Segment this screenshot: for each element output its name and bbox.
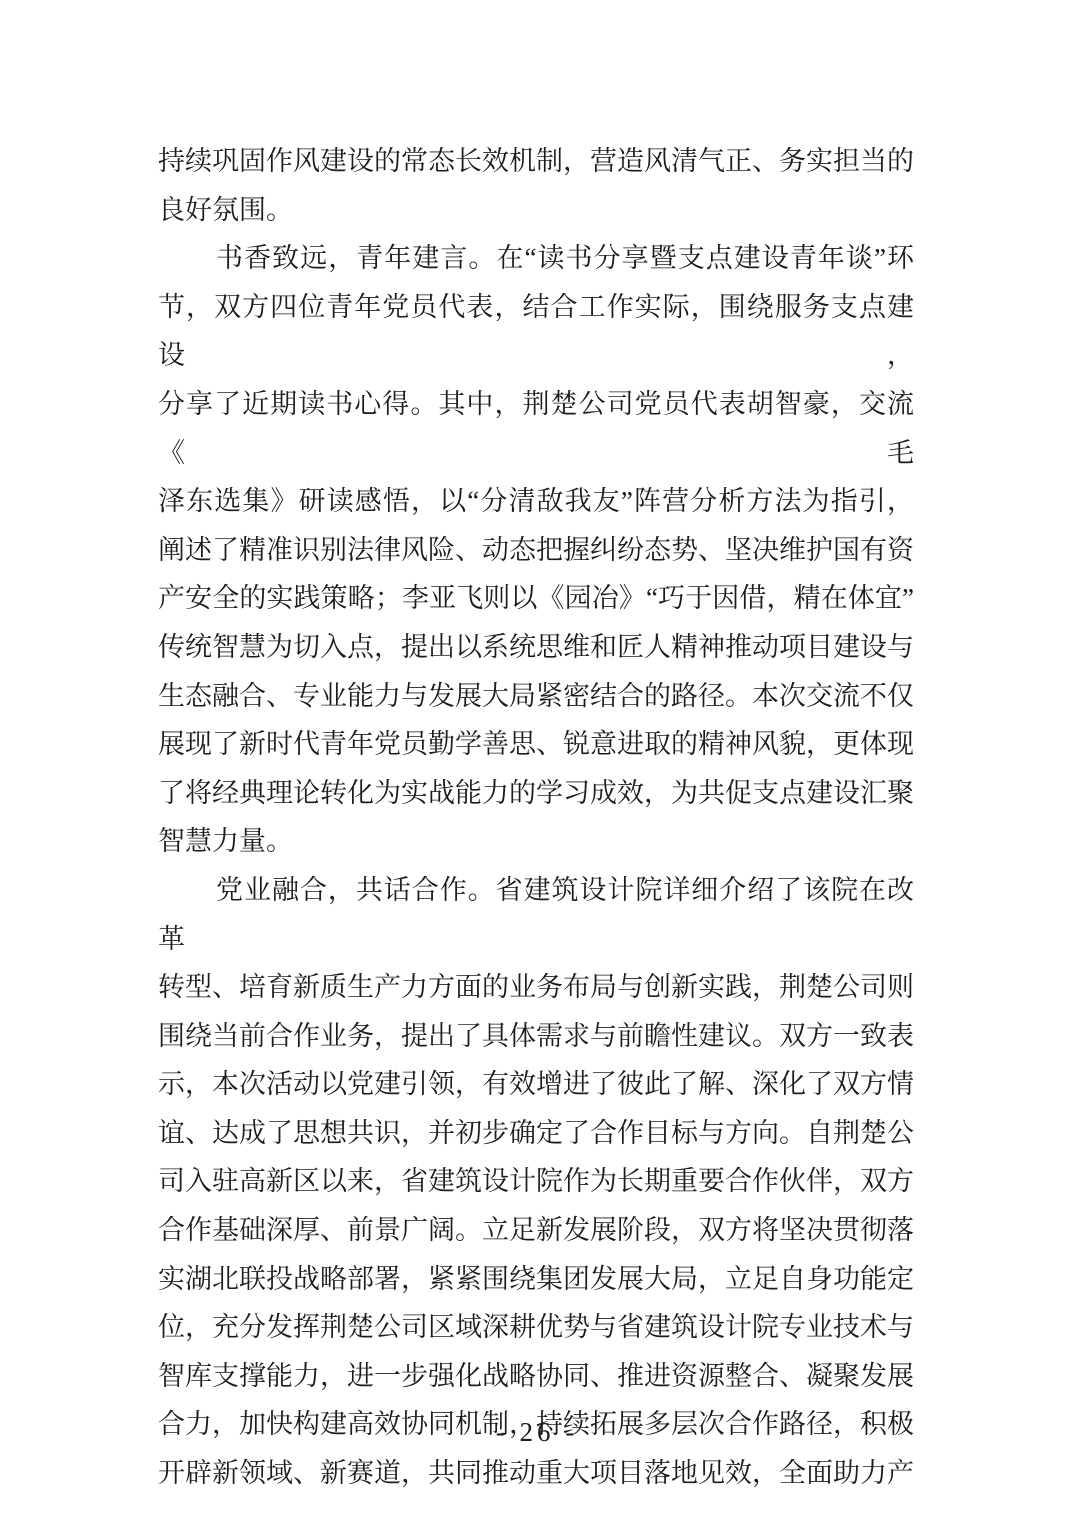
text-line: 书香致远，青年建言。在“读书分享暨支点建设青年谈”环 [158, 234, 914, 283]
text-line: 节，双方四位青年党员代表，结合工作实际，围绕服务支点建设， [158, 283, 914, 380]
text-line: 产安全的实践策略；李亚飞则以《园冶》“巧于因借，精在体宜” [158, 574, 914, 623]
text-line: 持续巩固作风建设的常态长效机制，营造风清气正、务实担当的 [158, 137, 914, 186]
text-line: 实湖北联投战略部署，紧紧围绕集团发展大局，立足自身功能定 [158, 1255, 914, 1304]
page-number: - 26 - [0, 1412, 1074, 1452]
text-line: 智慧力量。 [158, 817, 914, 866]
text-line: 示，本次活动以党建引领，有效增进了彼此了解、深化了双方情 [158, 1060, 914, 1109]
text-line: 展现了新时代青年党员勤学善思、锐意进取的精神风貌，更体现 [158, 720, 914, 769]
text-line: 智库支撑能力，进一步强化战略协同、推进资源整合、凝聚发展 [158, 1352, 914, 1401]
document-page-body: 持续巩固作风建设的常态长效机制，营造风清气正、务实担当的 良好氛围。 书香致远，… [158, 137, 914, 1498]
text-line: 分享了近期读书心得。其中，荆楚公司党员代表胡智豪，交流《毛 [158, 380, 914, 477]
text-line: 良好氛围。 [158, 186, 914, 235]
text-line: 了将经典理论转化为实战能力的学习成效，为共促支点建设汇聚 [158, 769, 914, 818]
text-line: 合作基础深厚、前景广阔。立足新发展阶段，双方将坚决贯彻落 [158, 1206, 914, 1255]
text-line: 阐述了精准识别法律风险、动态把握纠纷态势、坚决维护国有资 [158, 526, 914, 575]
text-line: 转型、培育新质生产力方面的业务布局与创新实践，荆楚公司则 [158, 963, 914, 1012]
text-line: 谊、达成了思想共识，并初步确定了合作目标与方向。自荆楚公 [158, 1109, 914, 1158]
text-line: 围绕当前合作业务，提出了具体需求与前瞻性建议。双方一致表 [158, 1012, 914, 1061]
text-line: 司入驻高新区以来，省建筑设计院作为长期重要合作伙伴，双方 [158, 1157, 914, 1206]
text-line: 生态融合、专业能力与发展大局紧密结合的路径。本次交流不仅 [158, 672, 914, 721]
text-line: 传统智慧为切入点，提出以系统思维和匠人精神推动项目建设与 [158, 623, 914, 672]
text-line: 泽东选集》研读感悟，以“分清敌我友”阵营分析方法为指引， [158, 477, 914, 526]
text-line: 开辟新领域、新赛道，共同推动重大项目落地见效，全面助力产 [158, 1449, 914, 1498]
text-line: 党业融合，共话合作。省建筑设计院详细介绍了该院在改革 [158, 866, 914, 963]
text-line: 位，充分发挥荆楚公司区域深耕优势与省建筑设计院专业技术与 [158, 1303, 914, 1352]
